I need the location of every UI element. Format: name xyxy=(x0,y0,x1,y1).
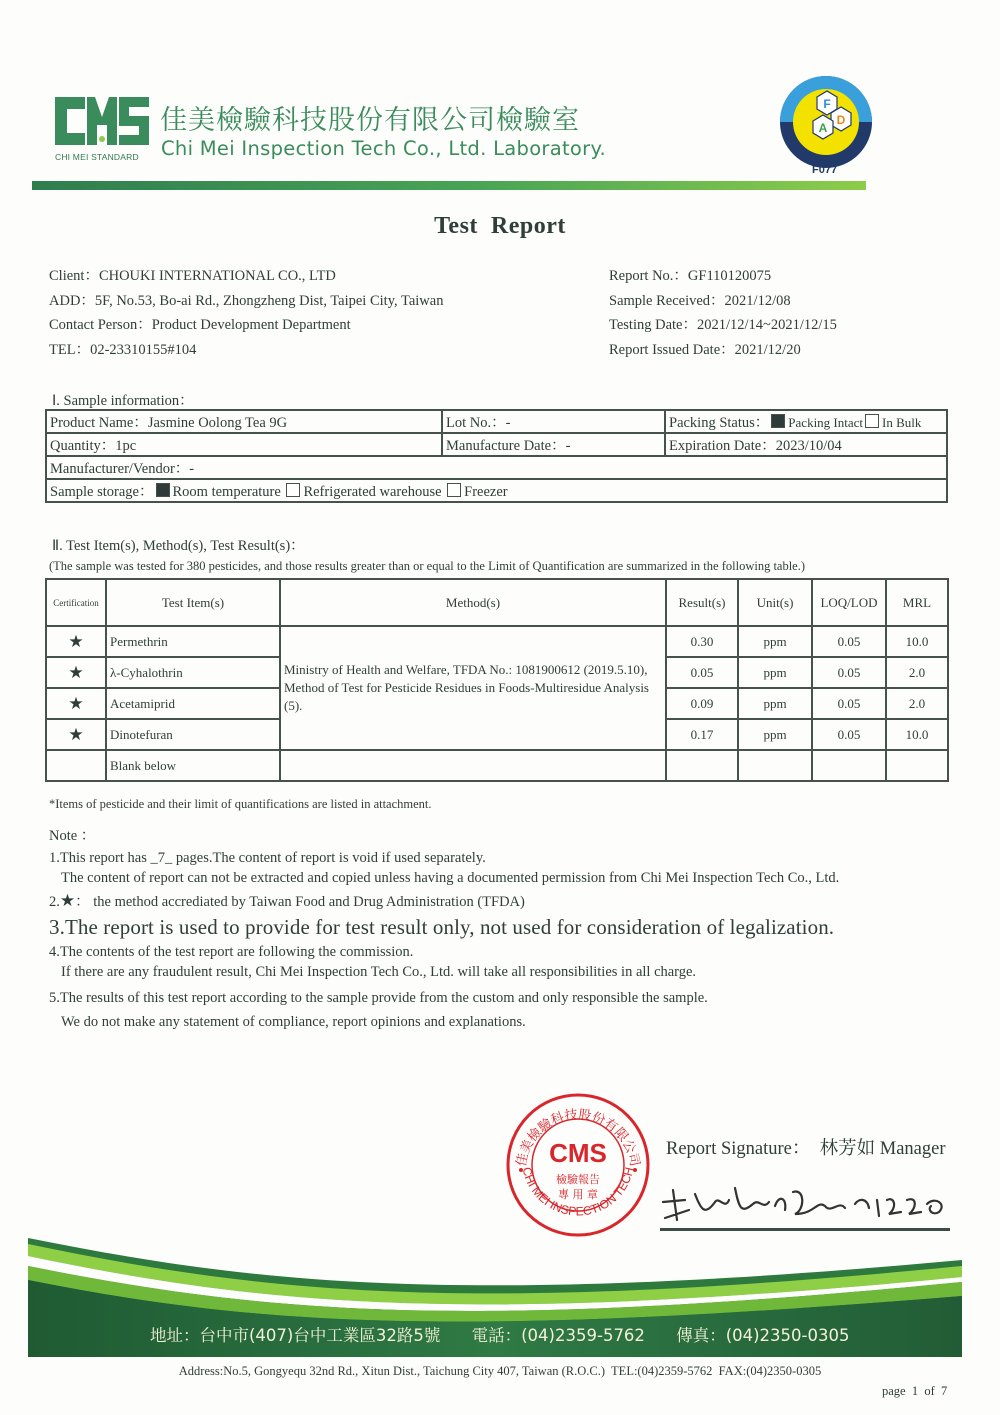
test-item: Dinotefuran xyxy=(106,719,280,750)
loq-lod: 0.05 xyxy=(812,719,886,750)
note-3: 3.The report is used to provide for test… xyxy=(49,912,839,942)
page-number: page 1 of 7 xyxy=(882,1384,947,1399)
footer-contact-cn: 地址：台中市(407)台中工業區32路5號 電話：(04)2359-5762 傳… xyxy=(150,1322,876,1346)
note-2-text: ： the method accrediated by Taiwan Food … xyxy=(75,894,525,910)
report-info: Report No.：GF110120075 Sample Received：2… xyxy=(609,264,837,362)
certified-star-icon: ★ xyxy=(46,719,106,750)
notes-heading: Note ： xyxy=(49,826,839,846)
in-bulk-label: In Bulk xyxy=(882,415,921,430)
accreditation-code: F077 xyxy=(812,164,837,176)
table-row: ★ Permethrin Ministry of Health and Welf… xyxy=(46,626,948,657)
report-issued-date: Report Issued Date：2021/12/20 xyxy=(609,338,837,363)
fda-accreditation-badge: F D A xyxy=(779,75,873,169)
blank-row: Blank below xyxy=(46,750,948,781)
room-temperature-checkbox xyxy=(156,483,170,497)
room-temperature-label: Room temperature xyxy=(173,484,281,500)
contact-person: Contact Person：Product Development Depar… xyxy=(49,313,443,338)
fda-letter-d: D xyxy=(837,113,846,127)
note-5-detail: We do not make any statement of complian… xyxy=(49,1012,839,1032)
header-divider xyxy=(32,181,866,190)
result-value: 0.05 xyxy=(666,657,738,688)
results-summary: (The sample was tested for 380 pesticide… xyxy=(49,559,805,574)
packing-intact-label: Packing Intact xyxy=(788,415,863,430)
col-loq-lod: LOQ/LOD xyxy=(812,579,886,626)
storage-label: Sample storage： xyxy=(50,484,154,500)
col-unit: Unit(s) xyxy=(738,579,812,626)
refrigerated-checkbox xyxy=(286,483,300,497)
quantity: Quantity：1pc xyxy=(46,433,442,456)
company-name-en: Chi Mei Inspection Tech Co., Ltd. Labora… xyxy=(161,137,606,160)
product-name: Product Name：Jasmine Oolong Tea 9G xyxy=(46,410,442,433)
client-name: Client：CHOUKI INTERNATIONAL CO., LTD xyxy=(49,264,443,289)
unit: ppm xyxy=(738,688,812,719)
col-result: Result(s) xyxy=(666,579,738,626)
certified-star-icon: ★ xyxy=(46,657,106,688)
freezer-label: Freezer xyxy=(464,484,507,500)
sample-storage: Sample storage：Room temperature Refriger… xyxy=(46,479,947,502)
note-1-detail: The content of report can not be extract… xyxy=(49,868,839,888)
result-value: 0.30 xyxy=(666,626,738,657)
attachment-footnote: *Items of pesticide and their limit of q… xyxy=(49,797,432,812)
fda-letter-a: A xyxy=(819,121,828,135)
mrl: 10.0 xyxy=(886,626,948,657)
loq-lod: 0.05 xyxy=(812,626,886,657)
stamp-center-line2: 專 用 章 xyxy=(558,1187,598,1201)
result-value: 0.09 xyxy=(666,688,738,719)
fda-letter-f: F xyxy=(823,97,830,111)
note-2: 2.★： the method accrediated by Taiwan Fo… xyxy=(49,891,839,912)
client-address: ADD：5F, No.53, Bo-ai Rd., Zhongzheng Dis… xyxy=(49,289,443,314)
handwritten-signature xyxy=(655,1180,955,1230)
company-seal-stamp: 佳美檢驗科技股份有限公司 CHI MEI INSPECTION TECH CMS… xyxy=(505,1092,651,1238)
col-method: Method(s) xyxy=(280,579,666,626)
result-value: 0.17 xyxy=(666,719,738,750)
blank-below-label: Blank below xyxy=(106,750,280,781)
unit: ppm xyxy=(738,626,812,657)
mrl: 10.0 xyxy=(886,719,948,750)
packing-status: Packing Status：Packing IntactIn Bulk xyxy=(665,410,947,433)
footer-address-en: Address:No.5, Gongyequ 32nd Rd., Xitun D… xyxy=(0,1364,1000,1379)
sample-received: Sample Received：2021/12/08 xyxy=(609,289,837,314)
manufacturer-vendor: Manufacturer/Vendor：- xyxy=(46,456,947,479)
results-section-heading: Ⅱ. Test Item(s), Method(s), Test Result(… xyxy=(52,534,305,555)
col-mrl: MRL xyxy=(886,579,948,626)
logo-subtitle: CHI MEI STANDARD xyxy=(55,152,139,162)
company-name-cn: 佳美檢驗科技股份有限公司檢驗室 xyxy=(160,98,580,137)
certified-star-icon: ★ xyxy=(46,688,106,719)
stamp-logo: CMS xyxy=(549,1138,607,1168)
document-title: Test Report xyxy=(0,213,1000,240)
packing-intact-checkbox xyxy=(771,414,785,428)
test-item: λ-Cyhalothrin xyxy=(106,657,280,688)
sample-section-heading: Ⅰ. Sample information： xyxy=(52,389,194,410)
unit: ppm xyxy=(738,719,812,750)
certified-star-icon: ★ xyxy=(46,626,106,657)
report-signature-label: Report Signature： 林芳如 Manager xyxy=(666,1134,946,1160)
col-test-item: Test Item(s) xyxy=(106,579,280,626)
note-4: 4.The contents of the test report are fo… xyxy=(49,942,839,962)
expiration-date: Expiration Date：2023/10/04 xyxy=(665,433,947,456)
report-number: Report No.：GF110120075 xyxy=(609,264,837,289)
col-certification: Certification xyxy=(46,579,106,626)
note-1: 1.This report has _7_ pages.The content … xyxy=(49,848,839,868)
footer-tel-cn: 電話：(04)2359-5762 xyxy=(472,1326,645,1345)
refrigerated-label: Refrigerated warehouse xyxy=(303,484,441,500)
unit: ppm xyxy=(738,657,812,688)
loq-lod: 0.05 xyxy=(812,657,886,688)
sample-info-table: Product Name：Jasmine Oolong Tea 9G Lot N… xyxy=(45,409,948,503)
footer-address-cn: 地址：台中市(407)台中工業區32路5號 xyxy=(150,1326,440,1345)
cms-logo xyxy=(55,95,150,147)
loq-lod: 0.05 xyxy=(812,688,886,719)
stamp-center-line1: 檢驗報告 xyxy=(556,1172,600,1186)
client-info: Client：CHOUKI INTERNATIONAL CO., LTD ADD… xyxy=(49,264,443,362)
results-table: Certification Test Item(s) Method(s) Res… xyxy=(45,578,949,782)
mrl: 2.0 xyxy=(886,688,948,719)
freezer-checkbox xyxy=(447,483,461,497)
test-item: Permethrin xyxy=(106,626,280,657)
client-tel: TEL：02-23310155#104 xyxy=(49,338,443,363)
note-2-number: 2. xyxy=(49,894,60,910)
testing-date: Testing Date：2021/12/14~2021/12/15 xyxy=(609,313,837,338)
manufacture-date: Manufacture Date：- xyxy=(442,433,665,456)
lot-number: Lot No.：- xyxy=(442,410,665,433)
note-5: 5.The results of this test report accord… xyxy=(49,988,839,1008)
test-item: Acetamiprid xyxy=(106,688,280,719)
note-4-detail: If there are any fraudulent result, Chi … xyxy=(49,962,839,982)
notes: Note ： 1.This report has _7_ pages.The c… xyxy=(49,826,839,1032)
method-description: Ministry of Health and Welfare, TFDA No.… xyxy=(280,626,666,750)
footer-fax-cn: 傳真：(04)2350-0305 xyxy=(676,1326,849,1345)
mrl: 2.0 xyxy=(886,657,948,688)
results-header-row: Certification Test Item(s) Method(s) Res… xyxy=(46,579,948,626)
packing-status-label: Packing Status： xyxy=(669,415,769,431)
signature-underline xyxy=(660,1228,950,1231)
in-bulk-checkbox xyxy=(865,414,879,428)
accreditation-star-icon: ★ xyxy=(60,891,75,910)
